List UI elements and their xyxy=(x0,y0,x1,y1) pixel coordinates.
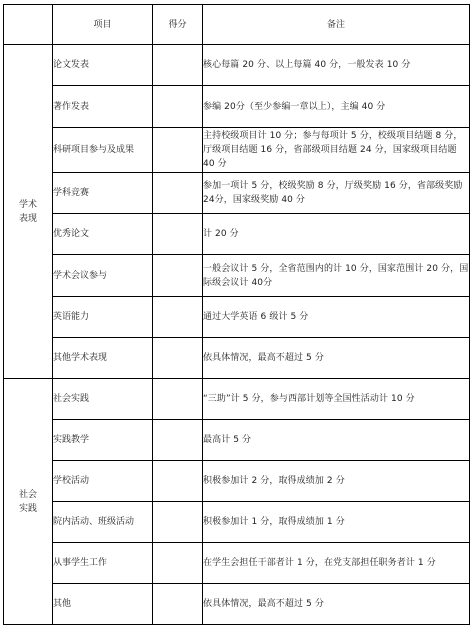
item-cell: 学术会议参与 xyxy=(53,255,153,297)
table-row: 社会 实践 社会实践 “三助”计 5 分，参与西部计划等全国性活动计 10 分 xyxy=(4,379,470,420)
note-cell: 主持校级项目计 10 分；参与每项计 5 分，校级项目结题 8 分，厅级项目结题… xyxy=(203,128,470,173)
header-score: 得分 xyxy=(153,5,203,45)
table-row: 英语能力 通过大学英语 6 级计 5 分 xyxy=(4,297,470,338)
table-row: 其他学术表现 依具体情况，最高不超过 5 分 xyxy=(4,338,470,379)
item-cell: 英语能力 xyxy=(53,297,153,338)
score-criteria-table: 项目 得分 备注 学术 表现 论文发表 核心每篇 20 分、以上每篇 40 分，… xyxy=(3,4,470,625)
score-cell[interactable] xyxy=(153,297,203,338)
item-cell: 院内活动、班级活动 xyxy=(53,502,153,543)
note-cell: 依具体情况，最高不超过 5 分 xyxy=(203,338,470,379)
table-row: 其他 依具体情况，最高不超过 5 分 xyxy=(4,584,470,625)
table-row: 学术 表现 论文发表 核心每篇 20 分、以上每篇 40 分，一般发表 10 分 xyxy=(4,45,470,86)
category-academic: 学术 表现 xyxy=(4,45,53,379)
score-cell[interactable] xyxy=(153,584,203,625)
item-cell: 社会实践 xyxy=(53,379,153,420)
score-cell[interactable] xyxy=(153,173,203,214)
score-cell[interactable] xyxy=(153,461,203,502)
category-social-practice: 社会 实践 xyxy=(4,379,53,625)
score-cell[interactable] xyxy=(153,379,203,420)
note-cell: 通过大学英语 6 级计 5 分 xyxy=(203,297,470,338)
note-cell: “三助”计 5 分，参与西部计划等全国性活动计 10 分 xyxy=(203,379,470,420)
item-cell: 学校活动 xyxy=(53,461,153,502)
score-cell[interactable] xyxy=(153,502,203,543)
item-cell: 优秀论文 xyxy=(53,214,153,255)
header-item: 项目 xyxy=(53,5,153,45)
table-row: 著作发表 参编 20分（至少参编一章以上），主编 40 分 xyxy=(4,86,470,128)
category-label-line: 实践 xyxy=(4,502,52,516)
table-row: 科研项目参与及成果 主持校级项目计 10 分；参与每项计 5 分，校级项目结题 … xyxy=(4,128,470,173)
table-row: 实践教学 最高计 5 分 xyxy=(4,420,470,461)
item-cell: 学科竞赛 xyxy=(53,173,153,214)
score-cell[interactable] xyxy=(153,255,203,297)
category-label-line: 学术 xyxy=(4,198,52,212)
note-cell: 参加一项计 5 分，校级奖励 8 分，厅级奖励 16 分，省部级奖励 24分，国… xyxy=(203,173,470,214)
note-cell: 在学生会担任干部者计 1 分，在党支部担任职务者计 1 分 xyxy=(203,543,470,584)
score-cell[interactable] xyxy=(153,543,203,584)
note-cell: 积极参加计 1 分，取得成绩加 1 分 xyxy=(203,502,470,543)
item-cell: 著作发表 xyxy=(53,86,153,128)
item-cell: 实践教学 xyxy=(53,420,153,461)
note-cell: 依具体情况，最高不超过 5 分 xyxy=(203,584,470,625)
category-label-line: 表现 xyxy=(4,212,52,226)
note-cell: 一般会议计 5 分，全省范围内的计 10 分，国家范围计 20 分，国际级会议计… xyxy=(203,255,470,297)
score-cell[interactable] xyxy=(153,420,203,461)
note-cell: 参编 20分（至少参编一章以上），主编 40 分 xyxy=(203,86,470,128)
note-cell: 积极参加计 2 分，取得成绩加 2 分 xyxy=(203,461,470,502)
item-cell: 其他 xyxy=(53,584,153,625)
item-cell: 其他学术表现 xyxy=(53,338,153,379)
score-cell[interactable] xyxy=(153,338,203,379)
header-row: 项目 得分 备注 xyxy=(4,5,470,45)
table-row: 从事学生工作 在学生会担任干部者计 1 分，在党支部担任职务者计 1 分 xyxy=(4,543,470,584)
item-cell: 从事学生工作 xyxy=(53,543,153,584)
table-row: 学术会议参与 一般会议计 5 分，全省范围内的计 10 分，国家范围计 20 分… xyxy=(4,255,470,297)
score-cell[interactable] xyxy=(153,128,203,173)
header-note: 备注 xyxy=(203,5,470,45)
note-cell: 最高计 5 分 xyxy=(203,420,470,461)
item-cell: 科研项目参与及成果 xyxy=(53,128,153,173)
table-row: 学科竞赛 参加一项计 5 分，校级奖励 8 分，厅级奖励 16 分，省部级奖励 … xyxy=(4,173,470,214)
table-row: 优秀论文 计 20 分 xyxy=(4,214,470,255)
score-cell[interactable] xyxy=(153,214,203,255)
table-row: 院内活动、班级活动 积极参加计 1 分，取得成绩加 1 分 xyxy=(4,502,470,543)
category-label-line: 社会 xyxy=(4,488,52,502)
table-row: 学校活动 积极参加计 2 分，取得成绩加 2 分 xyxy=(4,461,470,502)
item-cell: 论文发表 xyxy=(53,45,153,86)
score-cell[interactable] xyxy=(153,86,203,128)
header-category xyxy=(4,5,53,45)
score-cell[interactable] xyxy=(153,45,203,86)
note-cell: 计 20 分 xyxy=(203,214,470,255)
note-cell: 核心每篇 20 分、以上每篇 40 分，一般发表 10 分 xyxy=(203,45,470,86)
